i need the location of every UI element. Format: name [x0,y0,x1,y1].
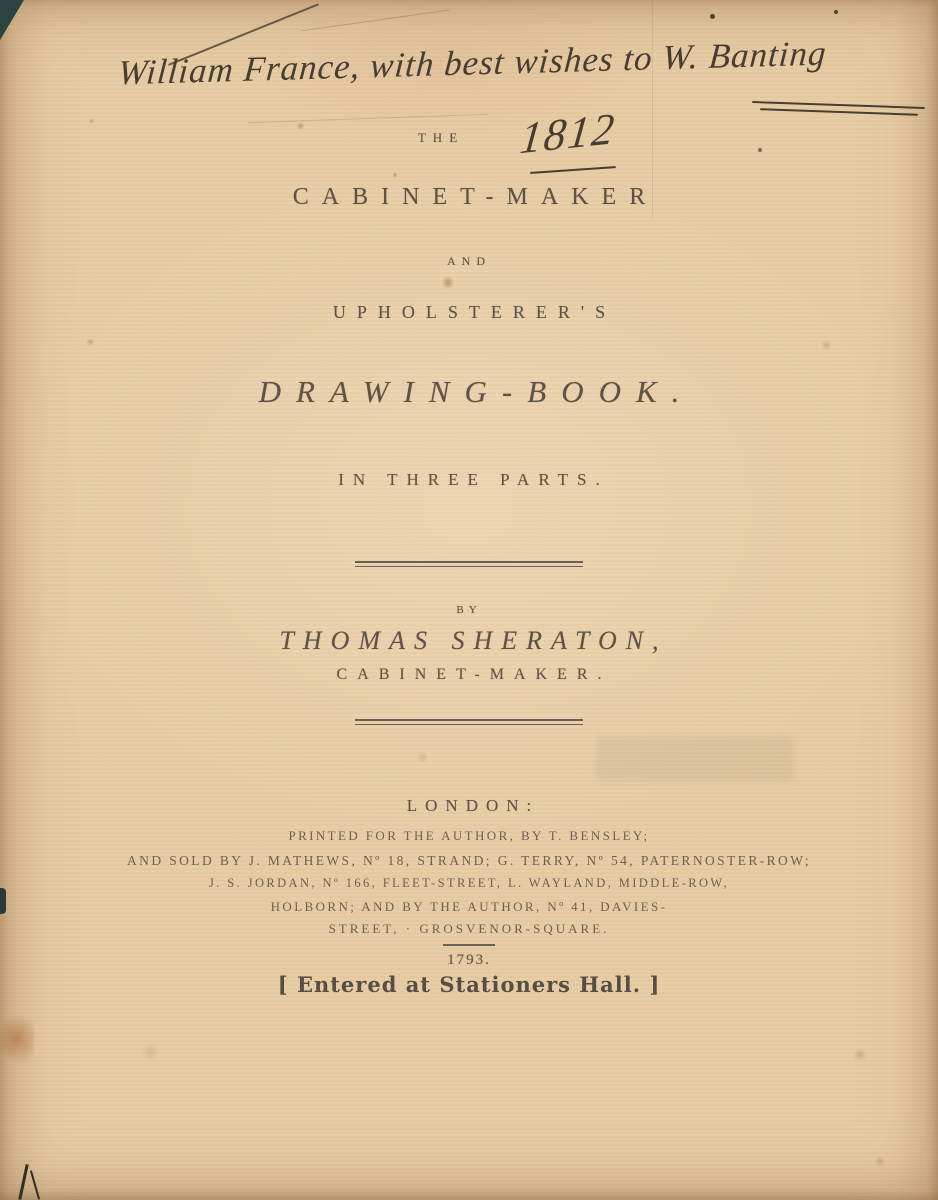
paper-crease [301,10,450,32]
foxing-spot [86,338,95,346]
imprint-line-4: HOLBORN; AND BY THE AUTHOR, Nº 41, DAVIE… [0,899,938,915]
foxing-spot [820,340,832,350]
ink-speck [710,14,715,19]
imprint-london: LONDON: [0,796,938,816]
book-title-page: William France, with best wishes to W. B… [0,0,938,1200]
foxing-spot [296,122,305,130]
foxing-spot [88,118,95,124]
foxing-spot [392,172,398,178]
show-through-stain [596,736,794,782]
ink-speck [758,148,762,152]
divider-rule-top [355,561,583,567]
inscription-underline-1 [752,101,925,109]
imprint-year: 1793. [0,952,938,969]
title-and: AND [0,254,938,269]
stationers-hall-note: [ Entered at Stationers Hall. ] [0,972,938,997]
year-underline [530,166,616,174]
inscription-text: William France, with best wishes to W. B… [117,31,932,94]
corner-mark-top-left [0,0,24,40]
imprint-line-2: AND SOLD BY J. MATHEWS, Nº 18, STRAND; G… [0,853,938,869]
foxing-stain [0,1008,34,1070]
foxing-spot [441,276,455,289]
title-the: THE [0,130,910,146]
paper-crease [248,114,488,123]
ink-speck [834,10,838,14]
author-name: THOMAS SHERATON, [0,626,938,656]
foxing-spot [852,1048,868,1061]
title-drawing-book: DRAWING-BOOK. [0,374,938,410]
divider-rule-bottom [355,719,583,725]
edge-mark-bottom-left-2 [30,1170,40,1199]
title-cabinet-maker: CABINET-MAKER [0,184,938,211]
title-in-three-parts: IN THREE PARTS. [0,470,938,490]
imprint-line-5: STREET, · GROSVENOR-SQUARE. [0,921,938,937]
imprint-divider [443,944,495,946]
imprint-line-1: PRINTED FOR THE AUTHOR, BY T. BENSLEY; [0,828,938,844]
foxing-spot [874,1156,886,1166]
foxing-spot [416,752,429,763]
byline-by: BY [0,604,938,616]
edge-mark-bottom-left-1 [18,1164,28,1200]
foxing-spot [140,1044,160,1060]
title-upholsterers: UPHOLSTERER'S [0,302,938,323]
edge-mark-left [0,888,6,914]
imprint-line-3: J. S. JORDAN, Nº 166, FLEET-STREET, L. W… [0,876,938,891]
author-role: CABINET-MAKER. [0,666,938,684]
inscription-underline-2 [760,108,918,115]
